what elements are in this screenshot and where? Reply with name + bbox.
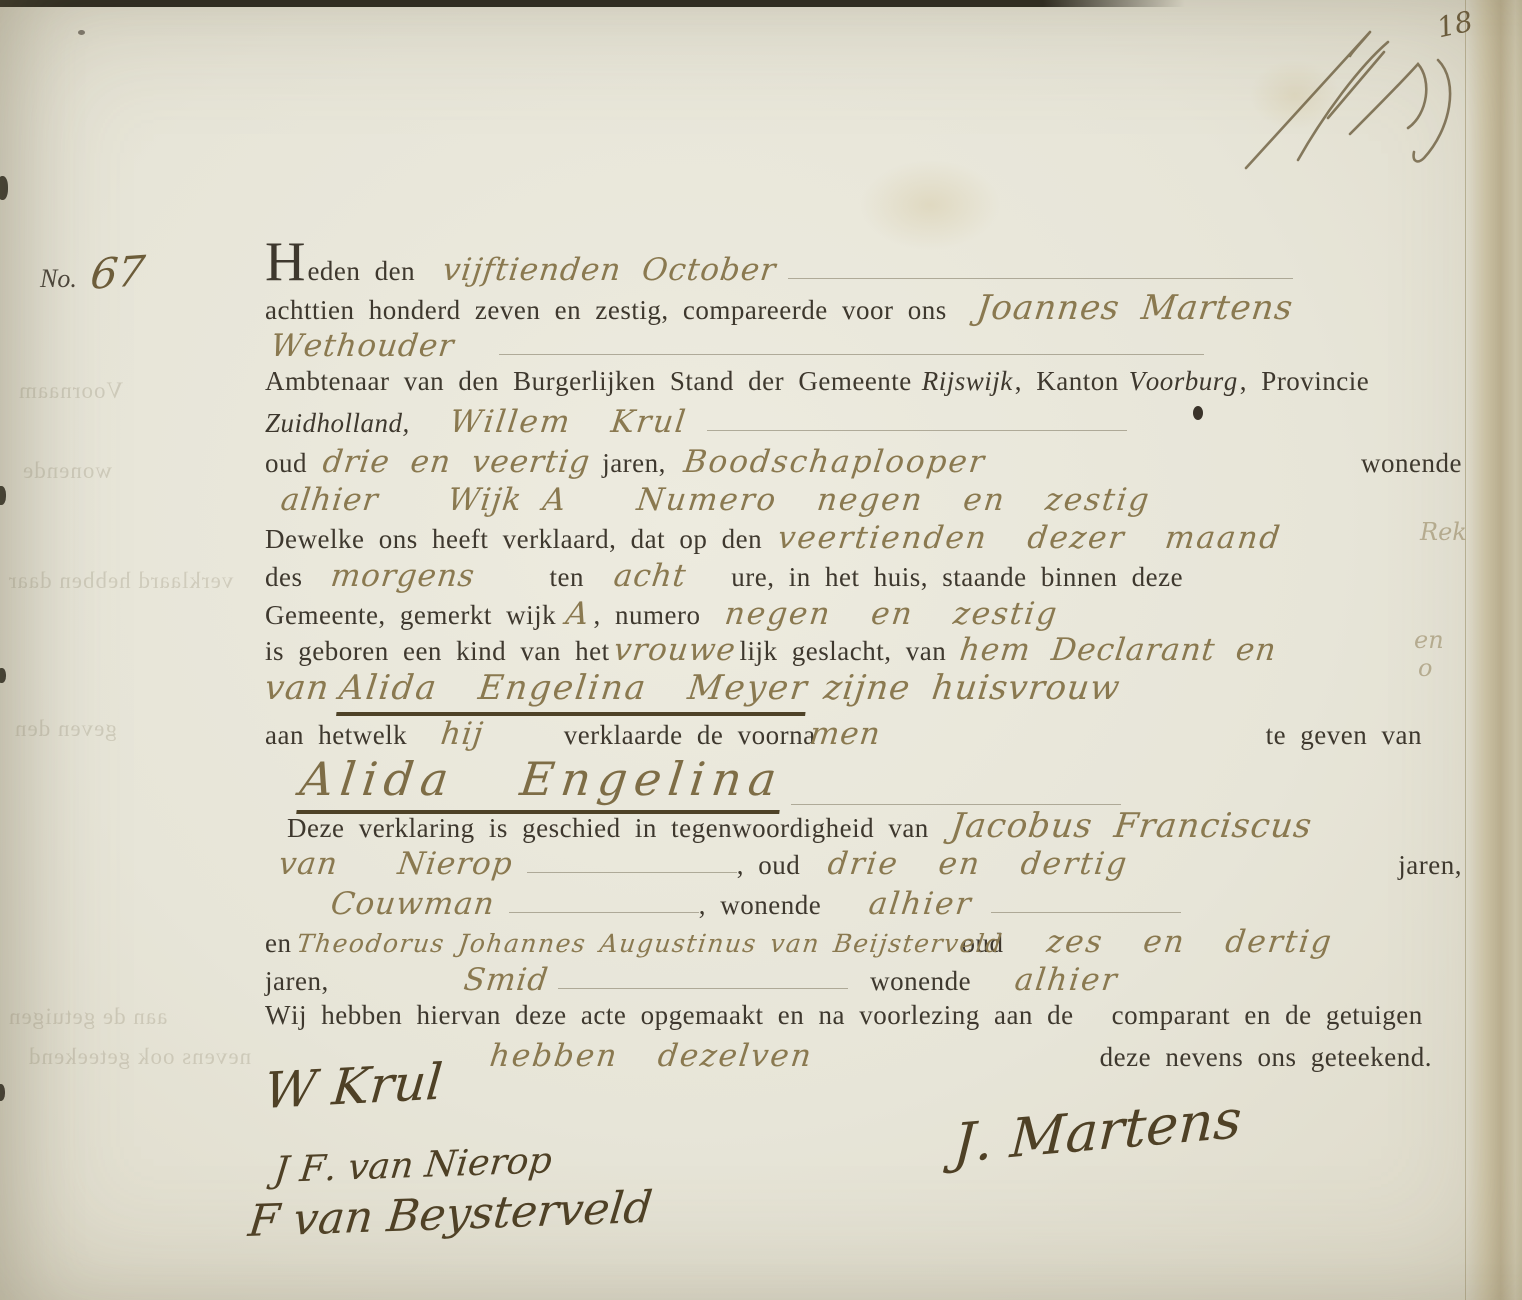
act-line: enTheodorus Johannes Augustinus van Beij…	[265, 924, 1462, 960]
handwritten-text: alhier	[867, 886, 975, 922]
handwritten-text: drie en veertig	[321, 444, 593, 480]
handwritten-text: hem Declarant en	[958, 632, 1279, 668]
printed-text: aan hetwelk	[265, 720, 407, 751]
handwritten-text: Alida Engelina Meyer	[336, 668, 811, 716]
printed-text: Ambtenaar van den Burgerlijken Stand der…	[265, 366, 912, 397]
printed-text: lijk geslacht, van	[740, 636, 947, 667]
printed-text: Rijswijk	[922, 366, 1013, 397]
act-line: desmorgenstenachture, in het huis, staan…	[265, 558, 1462, 594]
handwritten-text: Theodorus Johannes Augustinus van Beijst…	[296, 929, 1006, 958]
printed-text: wonende	[1361, 448, 1462, 479]
printed-text: oud	[265, 448, 307, 479]
handwritten-text: van	[277, 846, 340, 882]
handwritten-text: Numero negen en zestig	[635, 482, 1153, 518]
handwritten-text: Wethouder	[269, 328, 457, 364]
margin-mark: Rek	[1420, 518, 1467, 546]
act-line: vanNierop, ouddrie en dertigjaren,	[265, 846, 1462, 882]
printed-text: des	[265, 562, 303, 593]
ruled-blank-line	[527, 872, 737, 873]
register-page-scan: No.67 18 Heden denvijftienden Octoberach…	[0, 0, 1522, 1300]
act-line: jaren,Smidwonendealhier	[265, 962, 1462, 998]
handwritten-text: men	[807, 716, 882, 752]
printed-text: , wonende	[699, 890, 821, 921]
printed-text: Deze verklaring is geschied in tegenwoor…	[287, 813, 929, 844]
printed-text: , Kanton	[1015, 366, 1119, 397]
printed-text: Dewelke ons heeft verklaard, dat op den	[265, 524, 762, 555]
handwritten-text: zijne huisvrouw	[822, 668, 1123, 708]
act-number-value: 67	[88, 246, 147, 299]
bleed-through-text: Voornaam	[18, 378, 123, 404]
bleed-through-text: aan de getuigen	[8, 1004, 167, 1030]
handwritten-text: alhier	[1013, 962, 1121, 998]
printed-text: jaren,	[602, 448, 666, 479]
handwritten-text: veertienden dezer maand	[776, 520, 1284, 556]
printed-text: en	[265, 928, 291, 959]
act-line: Dewelke ons heeft verklaard, dat op denv…	[265, 520, 1462, 556]
act-line: alhierWijk ANumero negen en zestig	[265, 482, 1462, 518]
act-line: Couwman, wonendealhier	[265, 886, 1462, 922]
signature: W Krul	[262, 1053, 445, 1120]
book-page-edge	[1465, 0, 1522, 1300]
handwritten-text: Jacobus Franciscus	[948, 806, 1314, 846]
printed-text: is geboren een kind van het	[265, 636, 610, 667]
handwritten-text: acht	[612, 558, 689, 594]
handwritten-text: Willem Krul	[448, 404, 689, 440]
scan-speck	[0, 1084, 5, 1101]
printed-text: Wij hebben hiervan deze acte opgemaakt e…	[265, 1000, 1074, 1031]
bleed-through-text: verklaard hebben daar	[8, 568, 233, 594]
printed-text: achttien honderd zeven en zestig, compar…	[265, 295, 947, 326]
paraph-mark	[1232, 22, 1482, 172]
ruled-blank-line	[788, 278, 1293, 279]
act-line: Wethouder	[265, 328, 1462, 364]
bleed-through-text: geven den	[14, 716, 117, 742]
signature: F van Beysterveld	[246, 1182, 655, 1247]
handwritten-text: hebben dezelven	[488, 1038, 815, 1074]
handwritten-text: Alida Engelina	[296, 752, 786, 814]
scan-speck	[0, 668, 6, 683]
signature: J. Martens	[952, 1087, 1243, 1175]
handwritten-text: Boodschaplooper	[682, 444, 988, 480]
ink-speck	[78, 30, 85, 35]
printed-text: jaren,	[1398, 850, 1462, 881]
handwritten-text: Joannes Martens	[974, 288, 1295, 328]
handwritten-text: morgens	[328, 558, 476, 594]
handwritten-text: Couwman	[329, 886, 497, 922]
bleed-through-text: nevens ook geteekend	[28, 1044, 251, 1070]
printed-text: te geven van	[1266, 720, 1422, 751]
printed-text: deze nevens ons geteekend.	[1100, 1042, 1432, 1073]
drop-capital: H	[265, 240, 305, 285]
printed-text: Voorburg	[1129, 366, 1238, 397]
handwritten-text: alhier	[279, 482, 381, 518]
printed-text: jaren,	[265, 966, 329, 997]
scan-speck	[0, 176, 8, 200]
act-line: Ambtenaar van den Burgerlijken Stand der…	[265, 366, 1462, 397]
signature: J F. van Nierop	[272, 1140, 554, 1191]
act-line: achttien honderd zeven en zestig, compar…	[265, 288, 1462, 328]
act-line: Alida Engelina	[265, 752, 1462, 814]
margin-mark: en	[1414, 626, 1444, 654]
handwritten-text: negen en zestig	[722, 596, 1060, 632]
ruled-blank-line	[499, 354, 1204, 355]
ruled-blank-line	[707, 430, 1127, 431]
act-line: Wij hebben hiervan deze acte opgemaakt e…	[265, 1000, 1462, 1031]
printed-text: , numero	[594, 600, 701, 631]
handwritten-text: van	[263, 668, 332, 708]
ruled-blank-line	[509, 912, 699, 913]
paper-stain	[860, 160, 1000, 250]
printed-text: comparant en de getuigen	[1112, 1000, 1423, 1031]
handwritten-text: Nierop	[396, 846, 515, 882]
printed-text: ten	[549, 562, 584, 593]
ruled-blank-line	[558, 988, 848, 989]
act-line: Deze verklaring is geschied in tegenwoor…	[265, 806, 1462, 846]
printed-text: eden den	[307, 256, 415, 287]
act-line: Heden denvijftienden October	[265, 240, 1462, 288]
act-line: vanAlida Engelina Meyerzijne huisvrouw	[265, 668, 1462, 716]
printed-text: ure, in het huis, staande binnen deze	[731, 562, 1183, 593]
handwritten-text: vrouwe	[611, 632, 737, 668]
act-line: Zuidholland,Willem Krul	[265, 404, 1462, 440]
printed-text: Zuidholland,	[265, 408, 410, 439]
ruled-blank-line	[991, 912, 1181, 913]
handwritten-text: hij	[439, 716, 486, 752]
printed-text: , oud	[737, 850, 801, 881]
act-number: No.67	[40, 248, 144, 297]
handwritten-text: zes en dertig	[1045, 924, 1335, 960]
printed-text: , Provincie	[1240, 366, 1369, 397]
handwritten-text: vijftienden October	[441, 252, 779, 288]
printed-text: verklaarde de voorna	[564, 720, 816, 751]
handwritten-text: A	[564, 596, 592, 632]
handwritten-text: drie en dertig	[826, 846, 1131, 882]
act-line: is geboren een kind van hetvrouwelijk ge…	[265, 632, 1462, 668]
act-line: Gemeente, gemerkt wijkA, numeronegen en …	[265, 596, 1462, 632]
scan-speck	[0, 486, 6, 505]
handwritten-text: Wijk A	[446, 482, 569, 518]
ruled-blank-line	[791, 804, 1121, 805]
bleed-through-text: wonende	[22, 458, 112, 484]
margin-mark: o	[1418, 654, 1432, 682]
printed-text: Gemeente, gemerkt wijk	[265, 600, 556, 631]
handwritten-text: Smid	[462, 962, 551, 998]
scan-edge-top-artifact	[0, 0, 1185, 7]
printed-text: wonende	[870, 966, 971, 997]
act-line: ouddrie en veertigjaren,Boodschaplooperw…	[265, 444, 1462, 480]
act-number-label: No.	[40, 264, 77, 293]
act-line: aan hetwelkhijverklaarde de voornamente …	[265, 716, 1462, 752]
